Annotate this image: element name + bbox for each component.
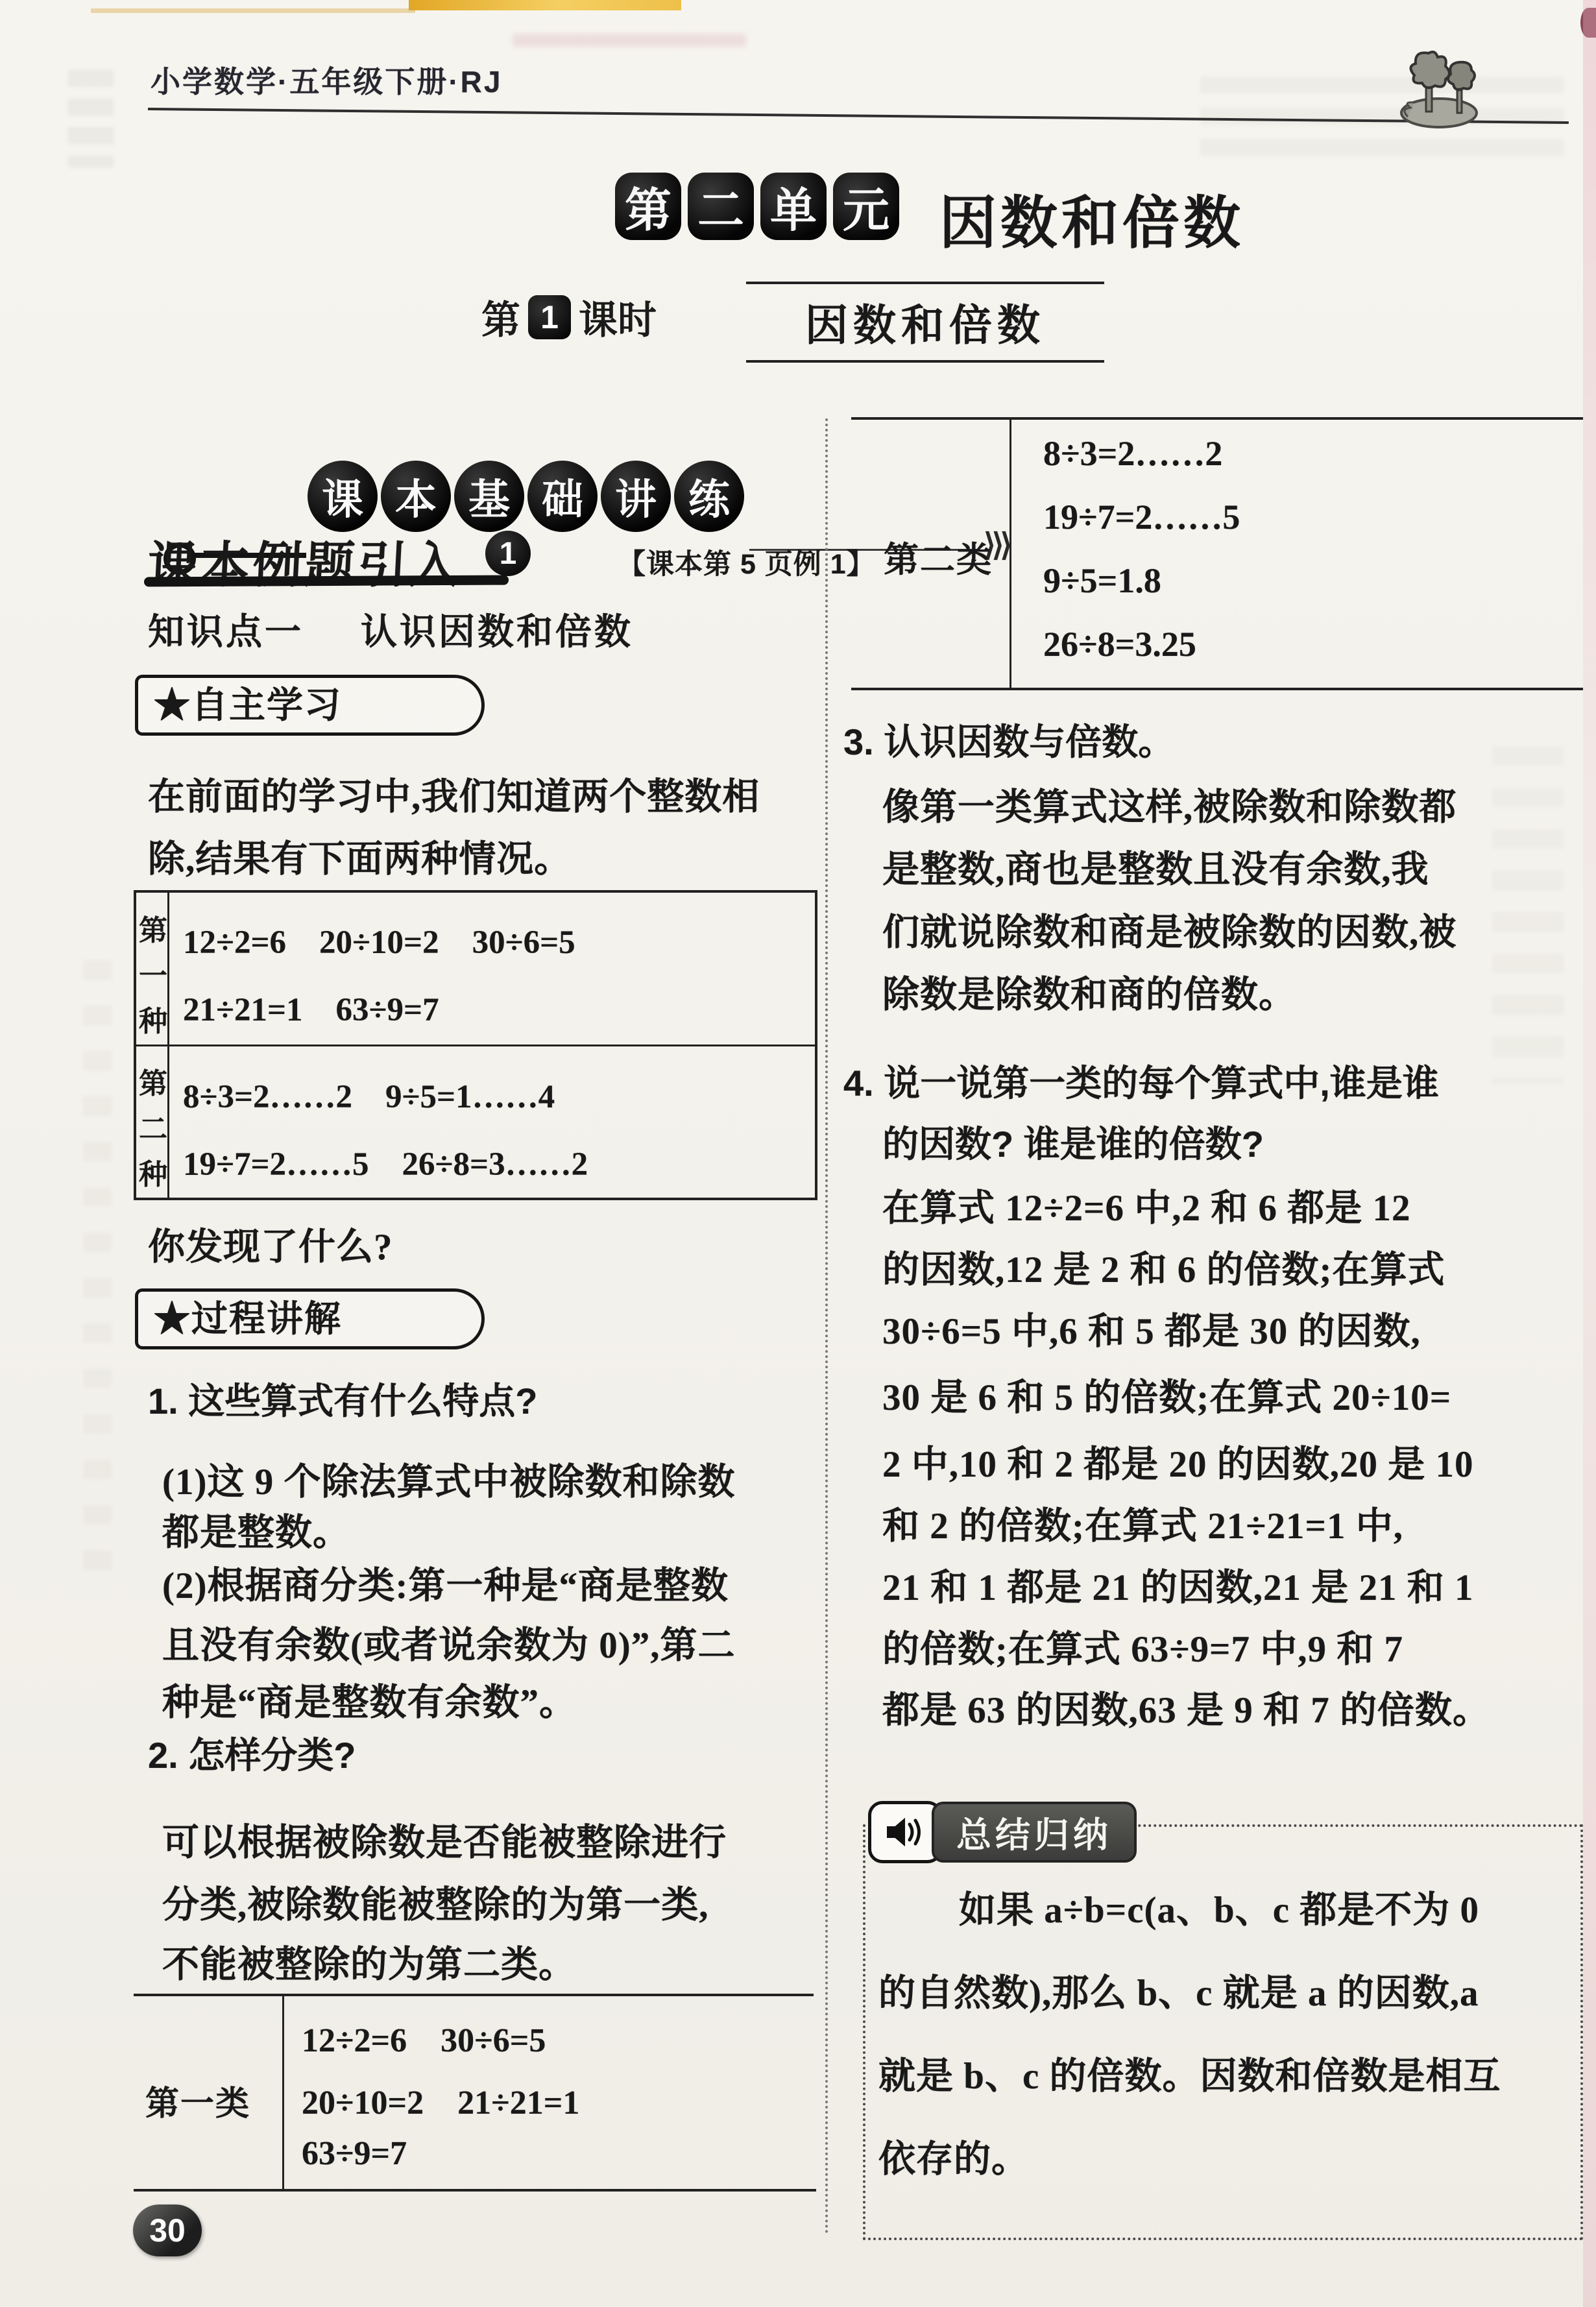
section-badge-char: 课 (308, 461, 378, 532)
intro-line: 除,结果有下面两种情况。 (148, 829, 572, 882)
unit-badge-char: 二 (688, 173, 754, 240)
page-number-badge: 30 (133, 2204, 202, 2256)
equation-line: 21÷21=1 63÷9=7 (183, 982, 439, 1030)
row2-label-char: 种 (139, 1151, 167, 1192)
summary-badge-label: 总结归纳 (932, 1802, 1137, 1863)
class2-table-bottom (851, 688, 1583, 690)
class1-table-top (134, 1994, 814, 1996)
item4-line: 2 中,10 和 2 都是 20 的因数,20 是 10 (882, 1434, 1474, 1488)
equation-line: 26÷8=3.25 (1043, 624, 1196, 664)
item3-line: 们就说除数和商是被除数的因数,被 (882, 902, 1457, 956)
item1-line: (2)根据商分类:第一种是“商是整数 (162, 1556, 729, 1609)
lesson-prefix: 第 (481, 289, 520, 345)
knowledge-point-label: 知识点一 (148, 603, 304, 655)
section-badge-char: 练 (674, 461, 744, 532)
item2-line: 分类,被除数能被整除的为第一类, (162, 1875, 709, 1928)
row2-label-char: 第 (139, 1060, 167, 1102)
item2-line: 可以根据被除数是否能被整除进行 (162, 1813, 727, 1866)
two-kinds-table: 第 一 种 12÷2=6 20÷10=2 30÷6=5 21÷21=1 63÷9… (134, 890, 817, 1200)
lesson-number-badge: 1 (528, 295, 571, 339)
knowledge-point-title: 认识因数和倍数 (361, 603, 633, 655)
bleed-through-left-margin (83, 960, 112, 1596)
class2-table-divider (1010, 417, 1011, 690)
discover-question: 你发现了什么? (148, 1217, 393, 1270)
scan-edge-tint (1583, 0, 1596, 2307)
equation-line: 8÷3=2……2 (1043, 433, 1222, 474)
class1-table-divider (282, 1994, 284, 2192)
item4-heading: 的因数? 谁是谁的倍数? (882, 1116, 1264, 1168)
lesson-heading: 第 1 课时 (481, 289, 657, 345)
section-badge-char: 讲 (601, 461, 671, 532)
intro-line: 在前面的学习中,我们知道两个整数相 (148, 767, 760, 820)
example-number-badge: 1 (485, 531, 531, 576)
summary-badge: 总结归纳 (868, 1801, 1137, 1863)
scan-smudge-top (513, 34, 746, 47)
textbook-reference: 【课本第 5 页例 1】 (618, 542, 875, 582)
item1-line: 种是“商是整数有余数”。 (162, 1673, 577, 1726)
unit-badge-char: 单 (760, 173, 827, 240)
class1-table-bottom (134, 2189, 816, 2192)
equation-line: 12÷2=6 30÷6=5 (302, 2012, 546, 2061)
self-study-box: ★自主学习 (135, 675, 485, 736)
equation-line: 19÷7=2……5 26÷8=3……2 (183, 1137, 588, 1185)
row1-label-char: 一 (139, 952, 167, 994)
class1-label: 第一类 (145, 2076, 250, 2125)
table-divider (136, 1045, 815, 1046)
section-badge-char: 基 (454, 461, 524, 532)
item1-line: 都是整数。 (162, 1503, 350, 1556)
scan-tab-yellow-faint (91, 8, 415, 13)
item4-line: 在算式 12÷2=6 中,2 和 6 都是 12 (882, 1178, 1411, 1231)
row1-label-char: 种 (139, 998, 167, 1039)
item1-line: (1)这 9 个除法算式中被除数和除数 (162, 1452, 735, 1505)
equation-line: 20÷10=2 21÷21=1 (302, 2075, 579, 2123)
class2-table-top (851, 417, 1583, 420)
class2-label: 第二类 (884, 532, 993, 582)
item3-line: 像第一类算式这样,被除数和除数都 (882, 777, 1457, 830)
scan-tab-yellow (409, 0, 681, 10)
section-badge-char: 本 (381, 461, 451, 532)
unit-title-badges: 第 二 单 元 (615, 173, 899, 240)
item4-line: 和 2 的倍数;在算式 21÷21=1 中, (882, 1496, 1403, 1549)
item4-line: 都是 63 的因数,63 是 9 和 7 的倍数。 (882, 1680, 1490, 1733)
equation-line: 9÷5=1.8 (1043, 561, 1161, 601)
item4-line: 21 和 1 都是 21 的因数,21 是 21 和 1 (882, 1558, 1474, 1611)
item3-line: 是整数,商也是整数且没有余数,我 (882, 839, 1429, 893)
equation-line: 12÷2=6 20÷10=2 30÷6=5 (183, 915, 575, 963)
item4-line: 的倍数;在算式 63÷9=7 中,9 和 7 (882, 1619, 1403, 1673)
lesson-subtitle: 因数和倍数 (746, 284, 1104, 360)
item2-heading: 2. 怎样分类? (148, 1727, 356, 1779)
row2-label-char: 二 (139, 1105, 167, 1147)
item4-line: 的因数,12 是 2 和 6 的倍数;在算式 (882, 1240, 1445, 1293)
lesson-suffix: 课时 (579, 289, 657, 345)
unit-badge-char: 第 (615, 173, 681, 240)
section-badge-char: 础 (527, 461, 598, 532)
unit-title: 因数和倍数 (939, 178, 1244, 260)
item3-line: 除数是除数和商的倍数。 (882, 965, 1296, 1018)
speaker-icon (868, 1801, 942, 1863)
item4-line: 30÷6=5 中,6 和 5 都是 30 的因数, (882, 1301, 1421, 1355)
row1-label-char: 第 (139, 907, 167, 948)
subtitle-rule-bottom (746, 360, 1104, 363)
equation-line: 8÷3=2……2 9÷5=1……4 (183, 1069, 555, 1117)
booklet-title: 小学数学·五年级下册·RJ (151, 58, 502, 101)
unit-badge-char: 元 (833, 173, 899, 240)
item4-line: 30 是 6 和 5 的倍数;在算式 20÷10= (882, 1368, 1451, 1421)
example-intro-underline (144, 575, 509, 587)
workbook-page: 小学数学·五年级下册·RJ 第 二 单 元 因数和倍数 第 1 课时 因数和倍数… (0, 0, 1596, 2307)
process-box: ★过程讲解 (135, 1288, 485, 1349)
item1-line: 且没有余数(或者说余数为 0)”,第二 (162, 1615, 735, 1669)
section-banner: 课 本 基 础 讲 练 (308, 461, 744, 532)
equation-line: 19÷7=2……5 (1043, 497, 1240, 537)
column-divider (825, 418, 828, 2235)
item3-heading: 3. 认识因数与倍数。 (843, 714, 1174, 766)
trees-icon (1388, 44, 1495, 130)
item2-line: 不能被整除的为第二类。 (162, 1935, 576, 1988)
item4-heading: 4. 说一说第一类的每个算式中,谁是谁 (843, 1055, 1439, 1107)
summary-dotted-box (863, 1824, 1583, 2240)
equation-line: 63÷9=7 (302, 2134, 407, 2173)
bleed-through-right-margin (1492, 746, 1564, 1083)
lesson-subtitle-block: 因数和倍数 (746, 282, 1104, 363)
bleed-through-left-top (68, 70, 114, 167)
item1-heading: 1. 这些算式有什么特点? (148, 1373, 537, 1425)
